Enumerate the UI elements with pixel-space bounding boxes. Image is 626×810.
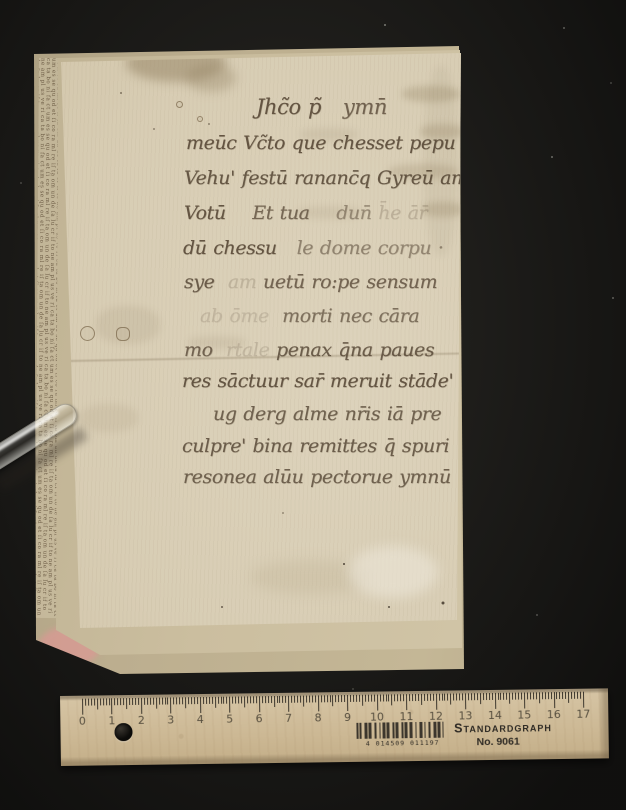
barcode: 4 014509 011197 [356, 722, 448, 751]
ruler-number: 8 [314, 711, 321, 724]
manuscript-text-line: sye am uetū ro:pe sensum [184, 271, 437, 293]
ruler-number: 7 [285, 712, 292, 725]
manuscript-text-line: ug derg alme nr̄is iā pre [213, 403, 441, 425]
barcode-bars [356, 722, 448, 739]
ruler-model-label: No. 9061 [446, 735, 551, 748]
ruler-number: 6 [256, 712, 263, 725]
manuscript-text-line: ab ōme morti nec cāra [200, 305, 419, 327]
manuscript-text-line: Jhc̃o p̃ ymn̄ [256, 95, 387, 119]
manuscript-text-line: resonea alūu pectorue ymnū [183, 466, 451, 488]
manuscript-text-line: culpre' bina remittes q̄ spuri [182, 435, 449, 457]
ruler-number: 5 [226, 713, 233, 726]
dust-specks [0, 0, 2, 2]
manuscript-text-line: Votū Et tua dun̄ h̄e ār̄ [184, 202, 427, 224]
photo-stage: et ſi co ra ml re iſ ta om un de ſa lu c… [0, 0, 626, 810]
ruler-number: 4 [197, 713, 204, 726]
ruler: 01234567891011121314151617 4 014509 0111… [60, 688, 609, 766]
ruler-number: 0 [79, 715, 86, 728]
manuscript-text-line: dū chessu le dome corpu · [183, 237, 444, 259]
ruler-number: 1 [108, 714, 115, 727]
manuscript-text-line: res sāctuur sar̄ meruit stāde' relū [182, 370, 497, 392]
ruler-number: 17 [576, 708, 590, 721]
manuscript-text-line: Vehu' festū rananc̄q Gyreū ampe [184, 167, 491, 189]
ruler-number: 2 [138, 714, 145, 727]
ruler-number: 9 [344, 711, 351, 724]
ruler-number: 3 [167, 713, 174, 726]
manuscript-text-line: mo rtale penax q̄na paues [184, 339, 434, 361]
manuscript-text-line: meūc Vc̃to que chesset pepu [186, 132, 455, 154]
barcode-digits: 4 014509 011197 [357, 739, 449, 748]
ruler-brand-label: Standardgraph [445, 720, 560, 736]
